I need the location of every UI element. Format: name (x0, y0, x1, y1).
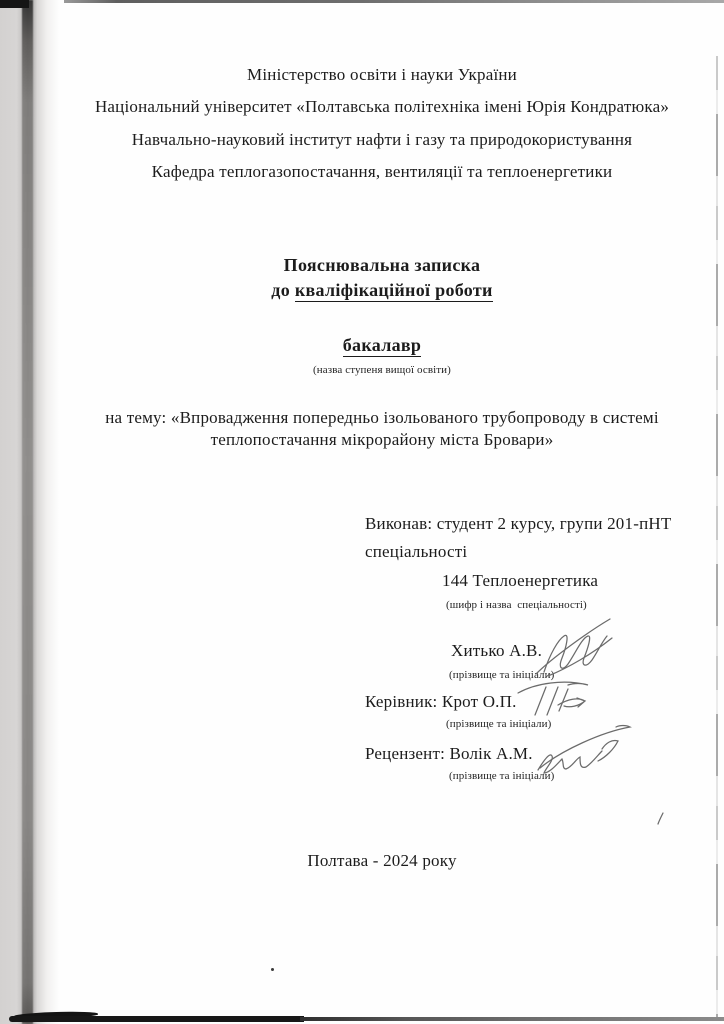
page-edge-top-line (64, 0, 724, 3)
supervisor-signature (514, 675, 594, 721)
department-line: Кафедра теплогазопостачання, вентиляції … (44, 161, 720, 183)
doc-title-line2: до кваліфікаційної роботи (44, 279, 720, 302)
stray-pen-mark (655, 811, 667, 827)
reviewer-signature (532, 718, 636, 776)
scanned-page: Міністерство освіти і науки України Наці… (0, 0, 724, 1024)
page-edge-bottom-line-dark (9, 1016, 304, 1022)
university-line: Національний університет «Полтавська пол… (44, 96, 720, 118)
degree-caption: (назва ступеня вищої освіти) (44, 364, 720, 376)
topic-line2: теплопостачання мікрорайону міста Бровар… (44, 429, 720, 451)
left-binding-crease (22, 0, 33, 1024)
topic-line1: на тему: «Впровадження попередньо ізольо… (44, 407, 720, 429)
degree-name: бакалавр (343, 335, 422, 357)
page-edge-bottom-line-light (300, 1017, 724, 1021)
ministry-line: Міністерство освіти і науки України (44, 64, 720, 86)
specialty-label: спеціальності (365, 541, 467, 563)
institute-line: Навчально-науковий інститут нафти і газу… (44, 129, 720, 151)
doc-title-line2-prefix: до (271, 280, 295, 300)
ink-dot (271, 968, 274, 971)
student-signature (530, 612, 618, 680)
supervisor-line: Керівник: Крот О.П. (365, 691, 517, 713)
specialty-value: 144 Теплоенергетика (442, 570, 598, 592)
reviewer-line: Рецензент: Волік А.М. (365, 743, 533, 765)
degree-name-line: бакалавр (44, 334, 720, 357)
page-edge-right-line (716, 56, 718, 1020)
doc-title-line1: Пояснювальна записка (44, 254, 720, 277)
performed-by-line: Виконав: студент 2 курсу, групи 201-пНТ (365, 513, 671, 535)
doc-title-line2-underlined: кваліфікаційної роботи (295, 280, 493, 302)
scan-corner-top-left (0, 0, 29, 8)
specialty-caption: (шифр і назва спеціальності) (446, 599, 587, 611)
city-year-line: Полтава - 2024 року (44, 850, 720, 872)
student-name: Хитько А.В. (451, 640, 542, 662)
